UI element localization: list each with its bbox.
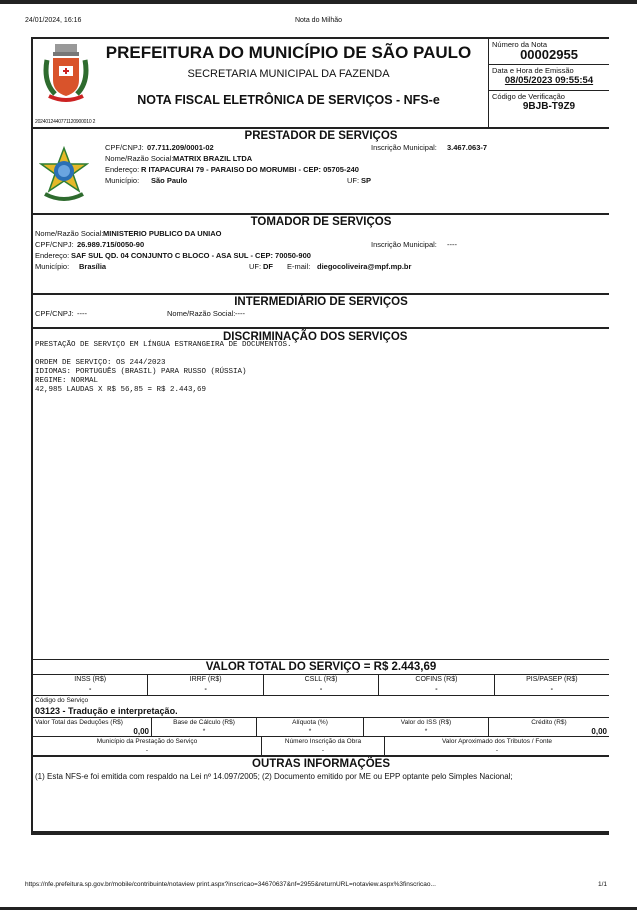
codigo-verificacao: Código de Verificação 9BJB-T9Z9 xyxy=(489,91,609,117)
data-emissao-label: Data e Hora de Emissão xyxy=(492,66,606,75)
nfse-document: 2024012440771120900010 2 PREFEITURA DO M… xyxy=(31,37,609,835)
prestador-cnpj-label: CPF/CNPJ: xyxy=(105,143,144,152)
numero-nota-value: 00002955 xyxy=(492,49,606,61)
nfse-doc-type: NOTA FISCAL ELETRÔNICA DE SERVIÇOS - NFS… xyxy=(93,93,484,107)
prestador-nome: MATRIX BRAZIL LTDA xyxy=(173,154,252,163)
prestador-cnpj: 07.711.209/0001-02 xyxy=(147,143,214,152)
inscricao-obra-cell: Número Inscrição da Obra- xyxy=(262,737,385,755)
prestador-endereco: R ITAPACURAI 79 - PARAISO DO MORUMBI - C… xyxy=(141,165,359,174)
tax-irrf: IRRF (R$)- xyxy=(148,675,263,695)
tomador-uf-label: UF: xyxy=(249,262,261,271)
tomador-endereco: SAF SUL QD. 04 CONJUNTO C BLOCO - ASA SU… xyxy=(71,251,311,260)
outras-text: (1) Esta NFS-e foi emitida com respaldo … xyxy=(33,771,609,783)
barcode-number: 2024012440771120900010 2 xyxy=(35,119,95,125)
tomador-endereco-label: Endereço: xyxy=(35,251,69,260)
tomador-email: diegocoliveira@mpf.mp.br xyxy=(317,262,411,271)
print-page-title: Nota do Milhão xyxy=(0,17,637,24)
tomador-municipio: Brasília xyxy=(79,262,106,271)
tomador-uf: DF xyxy=(263,262,273,271)
tomador-email-label: E-mail: xyxy=(287,262,310,271)
document-header: 2024012440771120900010 2 PREFEITURA DO M… xyxy=(33,39,609,129)
prestador-endereco-label: Endereço: xyxy=(105,165,139,174)
tomador-municipio-label: Município: xyxy=(35,262,69,271)
brazil-coat-of-arms-icon xyxy=(39,146,89,204)
intermediario-title: INTERMEDIÁRIO DE SERVIÇOS xyxy=(33,295,609,309)
valor-total: VALOR TOTAL DO SERVIÇO = R$ 2.443,69 xyxy=(33,660,609,675)
numero-nota: Número da Nota 00002955 xyxy=(489,39,609,65)
sao-paulo-coat-of-arms-icon xyxy=(41,42,91,108)
tomador-im-label: Inscrição Municipal: xyxy=(371,240,437,249)
obra-row: Município da Prestação do Serviço- Númer… xyxy=(33,737,609,757)
outras-informacoes-section: OUTRAS INFORMAÇÕES (1) Esta NFS-e foi em… xyxy=(33,757,609,833)
print-page-count: 1/1 xyxy=(598,881,607,888)
prefeitura-title: PREFEITURA DO MUNICÍPIO DE SÃO PAULO xyxy=(93,43,484,63)
discriminacao-section: DISCRIMINAÇÃO DOS SERVIÇOS PRESTAÇÃO DE … xyxy=(33,329,609,660)
prestador-municipio: São Paulo xyxy=(151,176,187,185)
tomador-cnpj: 26.989.715/0050-90 xyxy=(77,240,144,249)
prestador-municipio-label: Município: xyxy=(105,176,139,185)
credito-cell: Crédito (R$) 0,00 xyxy=(489,718,609,736)
aliquota-cell: Alíquota (%)* xyxy=(257,718,364,736)
tomador-cnpj-label: CPF/CNPJ: xyxy=(35,240,74,249)
intermediario-cnpj: ---- xyxy=(77,309,87,318)
base-calculo-cell: Base de Cálculo (R$)* xyxy=(152,718,257,736)
codigo-servico-value: 03123 - Tradução e interpretação. xyxy=(33,706,609,718)
intermediario-cnpj-label: CPF/CNPJ: xyxy=(35,309,74,318)
prestador-nome-label: Nome/Razão Social: xyxy=(105,154,173,163)
tax-cofins: COFINS (R$)- xyxy=(379,675,494,695)
print-url: https://nfe.prefeitura.sp.gov.br/mobile/… xyxy=(25,881,436,888)
prestador-uf-label: UF: xyxy=(347,176,359,185)
municipio-prestacao-cell: Município da Prestação do Serviço- xyxy=(33,737,262,755)
tomador-section: TOMADOR DE SERVIÇOS Nome/Razão Social: M… xyxy=(33,215,609,295)
tomador-im: ---- xyxy=(447,240,457,249)
prestador-title: PRESTADOR DE SERVIÇOS xyxy=(33,129,609,143)
prestador-im-label: Inscrição Municipal: xyxy=(371,143,437,152)
tomador-title: TOMADOR DE SERVIÇOS xyxy=(33,215,609,229)
discriminacao-title: DISCRIMINAÇÃO DOS SERVIÇOS xyxy=(223,331,407,343)
prestador-uf: SP xyxy=(361,176,371,185)
codigo-verificacao-value: 9BJB-T9Z9 xyxy=(492,101,606,112)
data-emissao: Data e Hora de Emissão 08/05/2023 09:55:… xyxy=(489,65,609,91)
intermediario-nome-label: Nome/Razão Social: xyxy=(167,309,235,318)
tomador-nome-label: Nome/Razão Social: xyxy=(35,229,103,238)
outras-title: OUTRAS INFORMAÇÕES xyxy=(33,757,609,771)
codigo-servico-label: Código do Serviço xyxy=(33,696,609,706)
deducoes-cell: Valor Total das Deduções (R$) 0,00 xyxy=(33,718,152,736)
tax-csll: CSLL (R$)- xyxy=(264,675,379,695)
tributos-cell: Valor Aproximado dos Tributos / Fonte- xyxy=(385,737,609,755)
prestador-im: 3.467.063-7 xyxy=(447,143,487,152)
iss-row: Valor Total das Deduções (R$) 0,00 Base … xyxy=(33,718,609,737)
valor-iss-cell: Valor do ISS (R$)* xyxy=(364,718,489,736)
data-emissao-value: 08/05/2023 09:55:54 xyxy=(492,75,606,86)
tax-row: INSS (R$)- IRRF (R$)- CSLL (R$)- COFINS … xyxy=(33,675,609,696)
intermediario-nome: ---- xyxy=(235,309,245,318)
top-border xyxy=(0,0,637,4)
tomador-nome: MINISTERIO PUBLICO DA UNIAO xyxy=(103,229,221,238)
codigo-verificacao-label: Código de Verificação xyxy=(492,92,606,101)
intermediario-section: INTERMEDIÁRIO DE SERVIÇOS CPF/CNPJ: ----… xyxy=(33,295,609,329)
prestador-section: PRESTADOR DE SERVIÇOS CPF/CNPJ: 07.711.2… xyxy=(33,129,609,215)
tax-pis-pasep: PIS/PASEP (R$)- xyxy=(495,675,609,695)
secretaria-subtitle: SECRETARIA MUNICIPAL DA FAZENDA xyxy=(93,68,484,80)
tax-inss: INSS (R$)- xyxy=(33,675,148,695)
